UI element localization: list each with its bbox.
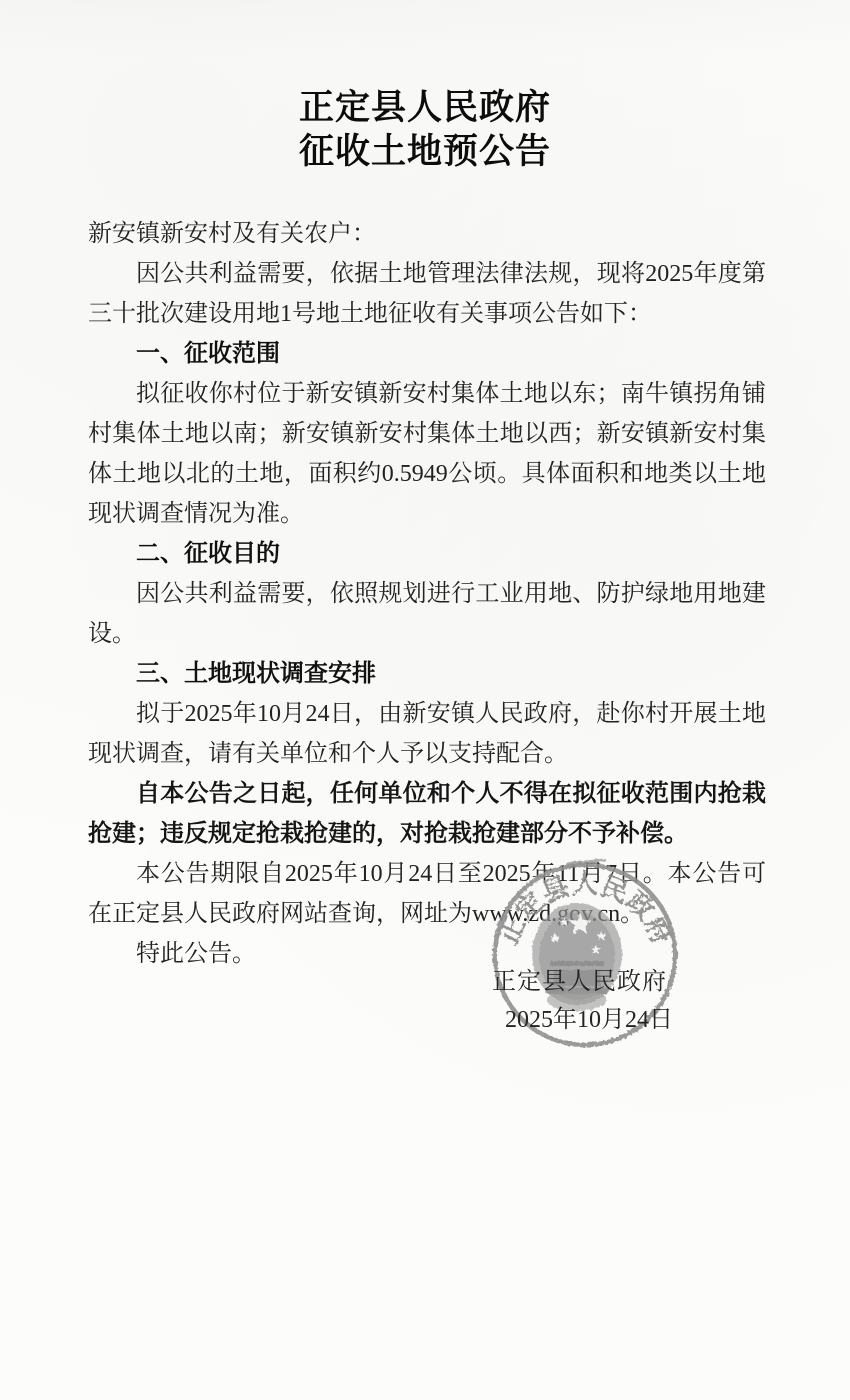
seal-smudge-mark xyxy=(566,860,606,864)
section-1-body: 拟征收你村位于新安镇新安村集体土地以东；南牛镇拐角铺村集体土地以南；新安镇新安村… xyxy=(88,374,766,534)
title-line-2: 征收土地预公告 xyxy=(0,130,850,174)
section-2-body: 因公共利益需要，依照规划进行工业用地、防护绿地用地建设。 xyxy=(88,574,766,654)
intro-paragraph: 因公共利益需要，依据土地管理法律法规，现将2025年度第三十批次建设用地1号地土… xyxy=(88,254,766,334)
section-3-heading: 三、土地现状调查安排 xyxy=(88,654,766,694)
title-line-1: 正定县人民政府 xyxy=(0,86,850,130)
warning-paragraph: 自本公告之日起，任何单位和个人不得在拟征收范围内抢栽抢建；违反规定抢栽抢建的，对… xyxy=(88,774,766,854)
section-2-heading: 二、征收目的 xyxy=(88,534,766,574)
signature-issuer: 正定县人民政府 xyxy=(492,966,667,998)
signature-date: 2025年10月24日 xyxy=(505,1004,673,1036)
salutation: 新安镇新安村及有关农户： xyxy=(88,214,766,254)
document-page: 正定县人民政府 征收土地预公告 新安镇新安村及有关农户： 因公共利益需要，依据土… xyxy=(0,0,850,1400)
section-3-body: 拟于2025年10月24日，由新安镇人民政府，赴你村开展土地现状调查，请有关单位… xyxy=(88,694,766,774)
document-title: 正定县人民政府 征收土地预公告 xyxy=(0,0,850,174)
section-1-heading: 一、征收范围 xyxy=(88,334,766,374)
